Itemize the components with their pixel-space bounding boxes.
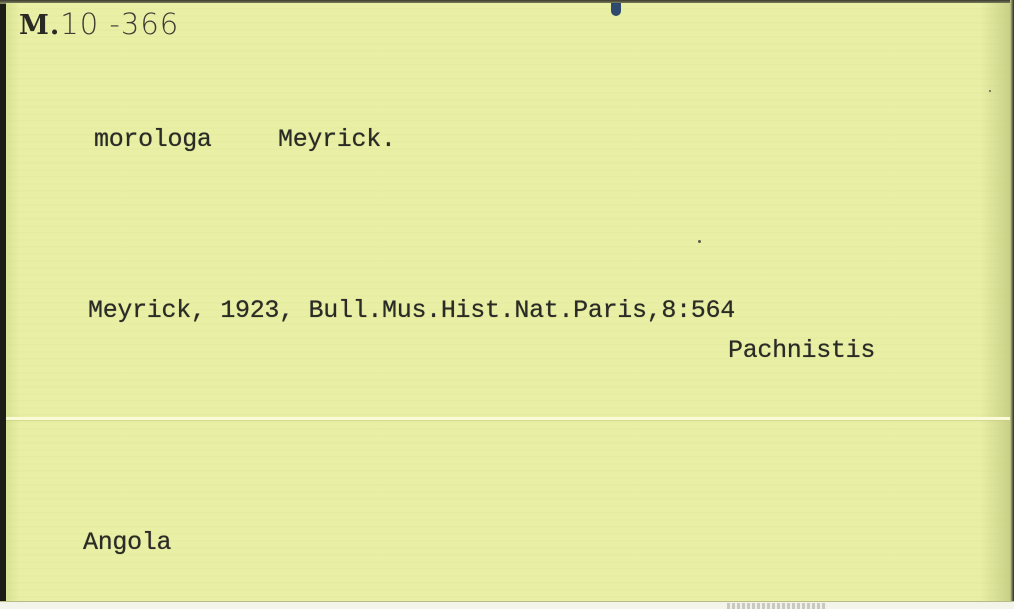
catalog-number-value: 10 -366 bbox=[60, 7, 179, 41]
species-author: Meyrick. bbox=[278, 125, 396, 154]
species-name: morologa bbox=[94, 125, 212, 154]
card-bottom-edge bbox=[0, 601, 1014, 609]
index-card: M.10 -366 morologa Meyrick. Meyrick, 192… bbox=[6, 3, 1010, 603]
genus-name: Pachnistis bbox=[728, 336, 875, 365]
card-crease-line bbox=[6, 417, 1010, 420]
blue-ink-mark bbox=[611, 3, 621, 16]
ink-speck bbox=[989, 90, 991, 92]
locality: Angola bbox=[83, 528, 171, 557]
catalog-number: M.10 -366 bbox=[19, 7, 179, 42]
citation-line: Meyrick, 1923, Bull.Mus.Hist.Nat.Paris,8… bbox=[88, 296, 735, 325]
ink-speck bbox=[698, 240, 701, 243]
card-right-edge bbox=[1010, 0, 1014, 609]
card-bottom-tab bbox=[727, 603, 827, 609]
catalog-number-prefix: M. bbox=[19, 10, 60, 41]
